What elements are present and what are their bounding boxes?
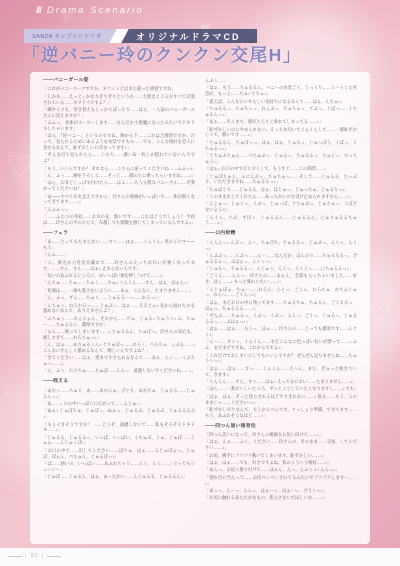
script-line: 「ほら、『逆バニー』というのですね。胸から下……これは合理的ですか。だって、見ら… (43, 133, 195, 150)
script-line: 「じゅぽ……じゅるん、はぁ。あったかい……んじゅるる、じゅるるん♪」 (43, 474, 195, 480)
script-line: 「んくん、ぐぷ、ずぽぅ、じゅるるん……じゅるるん、じゅりゅるるちゅう……♪」 (205, 215, 357, 227)
script-line: 「これだけでおしまいにしてもいいんですか？ ぜんぜん足りませんね……ちゅうぅっ♪… (205, 353, 357, 365)
script-line: 「割れ目に当たって……お尻ペンペンされてるみたいでゾクゾクしますー……♪」 (205, 475, 357, 487)
scenario-panel: ――バニーガール姿「これがバニースーツですか。ネコミミとはまた違った感覚ですね」… (30, 72, 370, 544)
script-line: 「くんくん……すん。すぅ……はぁ♪ えっちなにおい……たまりません……♪」 (205, 379, 357, 385)
script-line: 「匂いのあふれるところに、めいっぱい頬を押しつけて……♪」 (43, 273, 195, 279)
script-line: 「あむっ……ちゅく、あ……あむにゅ。ぴとり、あむぢゅ、じゅるる……じゅるんっ♪」 (43, 388, 195, 400)
script-line: 「んじゅぽぉ、ちゅー……れろん、んくっ、ごくん、れろちゅ、かちゅじゅっ、れろっ…… (205, 287, 357, 299)
script-line: 「あぁ……そこまで、蜜がとろりと垂れてしまってる……♪」 (205, 119, 357, 125)
script-line: 「あ……♪ 口の中いっぱいに広がって……んじゅ♪」 (43, 401, 195, 407)
script-line: 「んじゅっ、じゅくっ、くぷっ、じゅっぽ、ぐちゅぷっ、じゅちゅっ、こぼさないように… (205, 201, 357, 213)
script-line: 「ん、ふぅ……腰を下ろして……そっと……膝の上に乗っちゃいますね……♪」 (43, 173, 195, 179)
section-heading: ――咥える (43, 379, 195, 385)
masthead: ///Drama Scenario (36, 5, 144, 16)
script-line: 「んちゅ……ちゅ……ちゅく……ちゅ♪ くんくん……すん、はぁ、はぁん♪」 (43, 280, 195, 286)
page-number-value: 92 (30, 553, 38, 559)
script-line: 「ん、ふっ、ずん……ちゅく……じゅるるーっ……れろっ♪」 (43, 295, 195, 301)
script-line: 「あっっ、んーっ、んんっ、はぁーっ、はぁーっ、けうぅっ♪」 (205, 488, 357, 494)
script-line: 「四つん這いになって、玲さんの視線をお尻に向けて……♪」 (205, 432, 357, 438)
script-line: 「ふふっ、身体がスースーします……なんだか小悪魔になったみたいでドキドキしちゃい… (43, 120, 195, 132)
script-line: 「ほら……一番おいしいところ、ずっとこうしていたくなりますし……♪ でも」 (205, 386, 357, 392)
section-heading: ――フェラ (43, 231, 195, 237)
script-line: 「はぁ、まだお口の中に残ってます……ちゅるちゅ、ちゅるん、ごくるるっ、ほぉっ、ち… (205, 300, 357, 312)
heart-decoration: ♡ (2, 380, 22, 406)
script-line: 「もうイきそうですか？ ……どうぞ、遠慮しないで……私もそろそろドキドキ……♪」 (43, 422, 195, 434)
script-line: 「んふふっ♪」 (43, 207, 195, 213)
script-line: 「ぜんぶ……ちゅるっ、くぷっ、くぷっ、んくっ、ごくっ、じゅるっ、じゅるるるっ……… (205, 313, 357, 325)
script-line: 「ちゅるるん、ちゅぽっっ。はぁ、はぁ、じゅるっ、じゅっぽう、くぱっ、くちゅるっ♪… (205, 140, 357, 152)
page-number: | 92 | (8, 553, 61, 559)
script-line: 「あんっ、お尻に擦り付けて……ほぁん、んっ、んふぅっ♪ んんっ♪」 (205, 467, 357, 473)
script-line: 「ん。鼻先から吐息が漏れて……玲さんのえっちな匂いが強くなってます。……すん、す… (43, 260, 195, 272)
script-line: 「あ……とってもたまらない……すぅ……はぁ……くんくん♪ 男の子のす――もう」 (43, 239, 195, 251)
script-line: 「ちゅぱくり……じゅるる、はぁ、はじゅっ、じゅっちゅ、じゅるりっ♪」 (205, 187, 357, 193)
script-left-column: ――バニーガール姿「これがバニースーツですか。ネコミミとはまた違った感覚ですね」… (38, 78, 200, 538)
script-line: 「んんんっ♪ んぷっ、んー、ちゅぴち、ちゅるるっ、じゅぷっ、んくっ、んくっ」 (205, 240, 357, 252)
page-number-bar: | (42, 553, 44, 559)
script-line: 「じゅるる、じゅるるっ、いっぱ、いっぱい、くちゅぷ、じゅ、じゅぽ……じゅぁ……ん… (43, 435, 195, 447)
section-heading: ――口内射精 (205, 231, 357, 237)
script-line: 「ちゅるるっ、ちゅちぃっ、れぇぷっ、ぢゅちゅっ、てぷっ、ぐぱっ……くちゅるんっ♪… (205, 106, 357, 118)
page-number-rule (8, 556, 22, 557)
ribbon-tag: SANZA サンプルシナリオ (24, 29, 120, 43)
script-line: 「じゅぽちゅん、ふにんぷっ、ちゅちゅっ……そして……じゅるる、たっぷり、いただき… (205, 174, 357, 186)
script-line: 「はぁ、んぁ……ふぅ。ください……玲さんの、そのまま……交尾、してください……♪… (205, 439, 357, 451)
script-line: 「恥ずかしいのにやめられない。えっちな匂いでくらくらして……一層恥ずかしくて、熱… (205, 127, 357, 139)
script-line: 「ぐちゅぷちゅん……ぺちゅぷっ、じゅるっ、ちゅるるっ、ちゅくっ、でっちゅう♪」 (205, 153, 357, 165)
script-line: 「んー……すぅっ、くんくん……まだこんなに色っぽい匂いが漂って……♪ ふふ、まだ… (205, 339, 357, 351)
script-line: 「思えば、こんなにいやらしい気持ちになるなんて……はぁ、んちゅ♪」 (205, 99, 357, 105)
script-line: 「……ふたつの突起……お耳の先、熱いです……これはどうでしょう？ 今夜は……玲さ… (43, 214, 195, 226)
script-line: 「じゅるっ、ちゅるるっ、んじゅぅ、んくっ、んくくっ……にちゅるるっ♪」 (205, 266, 357, 272)
product-ribbon: SANZA サンプルシナリオ オリジナルドラマCD (24, 29, 257, 43)
script-line: 「はぁ♪ お口の中でびくびくして、もうすぐ……この時間……」 (205, 166, 357, 172)
page-number-rule (47, 556, 61, 557)
script-line: 「ごくん……んんっ、玲さんの……あぁん、全部もらっちゃいました……好き、はぇ……… (205, 273, 357, 285)
script-line: 「ぬぁ♪ じゅぽちゅ、じゅぽっ。ぬぁっ、じゅるぷ。じゅるぷ、じゅるるるぷ♪」 (43, 408, 195, 420)
script-line: 「んふ……」 (43, 252, 195, 258)
section-heading: ――四つん這い後背位 (205, 424, 357, 430)
script-line: 「ぁん……吸ってしまいます……♪ ちゅるるん、ちゅぽっ。玲さんの反応も、嬉しすぎ… (43, 329, 195, 341)
heart-decoration: ♡ (370, 300, 392, 329)
script-line: 「あ――すべてが丸見えですから、玲さんの視線がいっぱいで……体が熱くなってきてま… (43, 194, 195, 206)
script-line: 「ほら、お耳としっぽも付けたら……はぁ……もう立派なバニーさん……可愛がってくだ… (43, 180, 195, 192)
script-line: 「んぷぷっ……んぷっ……んー……なんだか、ほんのり……ちゅるるるっ、ぴゅるるるっ… (205, 253, 357, 265)
script-right-column: んぷぅ……「はぁ、もう……ちゅるるん。バニーの衣装ごと、じっくり……ヒートした吐… (200, 78, 362, 538)
script-line: 「んちゅぅ、れろれろっ……じゅぷっ、はぁ……ええとぉ♪ 先から溢れたのを舐めない… (43, 303, 195, 315)
masthead-slashes: /// (36, 5, 41, 16)
script-line: 「はぁ、はぁ、そっと焦らされるほどやりきれない……♪ 私も……もう、このままじゃ… (205, 394, 357, 406)
page-number-bar: | (25, 553, 27, 559)
script-line: 「しかも……えっと♪ かなりぎりぎりというか……大胆なところがすべて計算されてい… (43, 94, 195, 106)
script-line: 「お尻に触れるあたたかなもの、焦らさないでほしいな……♪」 (205, 495, 357, 501)
script-line: 「ふちゅぅ……れぇろぉん。それから……ぢゅ、じゅる♪ ちゅうぅ♪ ふ、ちゅー……… (43, 316, 195, 328)
script-line: 「はぁ……はぁ……すっ……くんくん……えへん、また、ぎゅっと抱きついて、きます♪… (205, 366, 357, 378)
script-line: 「ん、はぁ……めりゅるぅん♪ ぐちゅぽっ……れろぅ、ぺろちゅ、ぇぷぁ……♪ こん… (43, 342, 195, 354)
script-line: 「ん、ふぅ、れろちゅ……ちゅぱ……んんっ、遠慮しないでくださいね……♪」 (43, 368, 195, 374)
script-line: んぷぅ…… (205, 78, 357, 84)
script-line: 「網タイツも、穿き替えもしっかりばっちり……ほら、一人前のバニーガールさんに見え… (43, 107, 195, 119)
script-line: 「はぁ、はぁ……でも、好きですよね。私のこういう格好……♪」 (205, 460, 357, 466)
script-line: 「これがバニースーツですか。ネコミミとはまた違った感覚ですね」 (43, 86, 195, 92)
script-line: 「先端は……一滴も逃さないように……あぁ、こんなに、たまりません……」 (43, 288, 195, 294)
script-line: 「お口の中で……出してください……ばちゅ、はぁ……んじゅぽぉっ。じゅぽ、ぽぉん、… (43, 448, 195, 460)
script-line: 「お尻、勝手にフリフリ動いてしまいます。恥ずかしい……♪」 (205, 453, 357, 459)
drama-title: 「逆バニー玲のクンクン交尾H」 (22, 42, 382, 67)
script-line: 「はぁ……はぁ……もうっ、ほぉ……玲さんの……とっても濃厚です……んぐぅ♪」 (205, 326, 357, 338)
script-line: 「そんな目で見られたら……じわり……薄い布一枚しか隠れていないんですよ？」 (43, 152, 195, 164)
script-line: 「恥ずかしがりなんて、もうかんべんです。ぐっしょり準備、できてます……もう、あふ… (205, 407, 357, 419)
ribbon-badge: オリジナルドラマCD (118, 29, 257, 43)
script-line: 「きてください……はぁ、奥まですすられるなんて……あぁ、んぅ……ぅぶちゅっ……♪… (43, 355, 195, 367)
masthead-label: Drama Scenario (47, 5, 144, 16)
script-line: 「このまま出してくれたら……あったかいのを受け止められますから……♪」 (205, 194, 357, 200)
heart-decoration: ♡ (6, 150, 33, 185)
script-line: 「ぱ……熱いの、いっぱい……あふれちゃう……んく、んく……♪ とってもジューシー… (43, 461, 195, 473)
script-line: 「もう、いいんですか？ それなら……こちらに座ってくださいね……ふふっ♪」 (43, 166, 195, 172)
section-heading: ――バニーガール姿 (43, 78, 195, 84)
script-line: 「はぁ、もう……ちゅるるん。バニーの衣装ごと、じっくり……ヒートした吐息が、もっ… (205, 85, 357, 97)
